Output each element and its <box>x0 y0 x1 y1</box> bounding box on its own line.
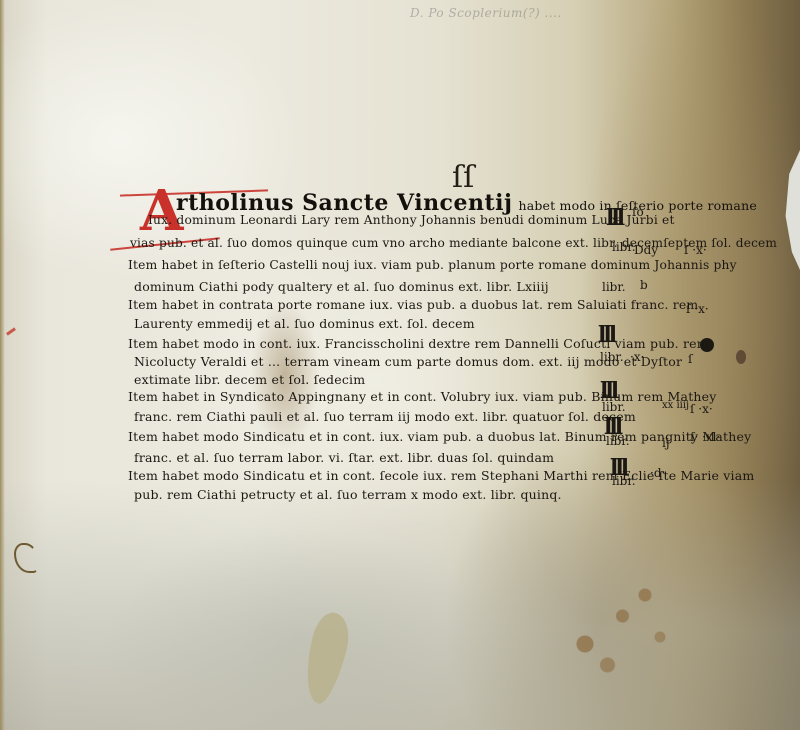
libr-marker: libr. <box>606 434 630 448</box>
text-line: vias pub. et al. ſuo domos quinque cum v… <box>130 235 777 250</box>
margin-note: ſ ·x· <box>690 402 713 416</box>
text-line: Item habet modo in cont. iux. Francissch… <box>128 336 709 351</box>
margin-note: ſ· ·xl· <box>690 430 720 444</box>
margin-note: xx iiij <box>662 400 689 411</box>
text-line: Item habet modo Sindicatu et in cont. iu… <box>128 429 751 444</box>
margin-note: ſ <box>688 352 692 366</box>
margin-note: ſ ·x· <box>684 243 707 257</box>
text-line: Item habet in contrata porte romane iux.… <box>128 297 698 312</box>
text-line: pub. rem Ciathi petructy et al. ſuo terr… <box>134 487 562 502</box>
libr-marker: libr. <box>602 400 626 414</box>
libr-marker: libr. <box>612 474 636 488</box>
libr-marker: libr. <box>600 350 624 364</box>
text-line: dominum Ciathi pody qualtery et al. ſuo … <box>134 279 549 294</box>
margin-note: ſ ·x· <box>686 302 709 316</box>
text-line: extimate libr. decem et ſol. ſedecim <box>134 372 365 387</box>
margin-note: b <box>640 278 648 292</box>
text-line: Iux. dominum Leonardi Lary rem Anthony J… <box>148 212 675 227</box>
libr-marker: libr. <box>612 240 636 254</box>
margin-note: ſo <box>632 205 644 219</box>
margin-note: ·d· <box>650 466 665 480</box>
manuscript-page: D. Po Scoplerium(?) .... A rtholinus San… <box>0 0 800 730</box>
superscript-marks: ſſ <box>452 160 474 195</box>
margin-note: ij <box>662 436 670 450</box>
text-line: Item habet in Syndicato Appingnany et in… <box>128 389 717 404</box>
manuscript-text: A rtholinus Sancte Vincentijhabet modo i… <box>0 0 800 730</box>
text-line: Item habet in ſeſterio Castelli nouj iux… <box>128 257 737 272</box>
libr-marker: libr. <box>602 280 626 294</box>
text-line: franc. rem Ciathi pauli et al. ſuo terra… <box>134 409 636 424</box>
margin-note: Ddy <box>634 243 658 257</box>
text-line: franc. et al. ſuo terram labor. vi. ſtar… <box>134 450 554 465</box>
margin-note: ·x· <box>630 350 644 364</box>
text-line: Laurenty emmedij et al. ſuo dominus ext.… <box>134 316 475 331</box>
